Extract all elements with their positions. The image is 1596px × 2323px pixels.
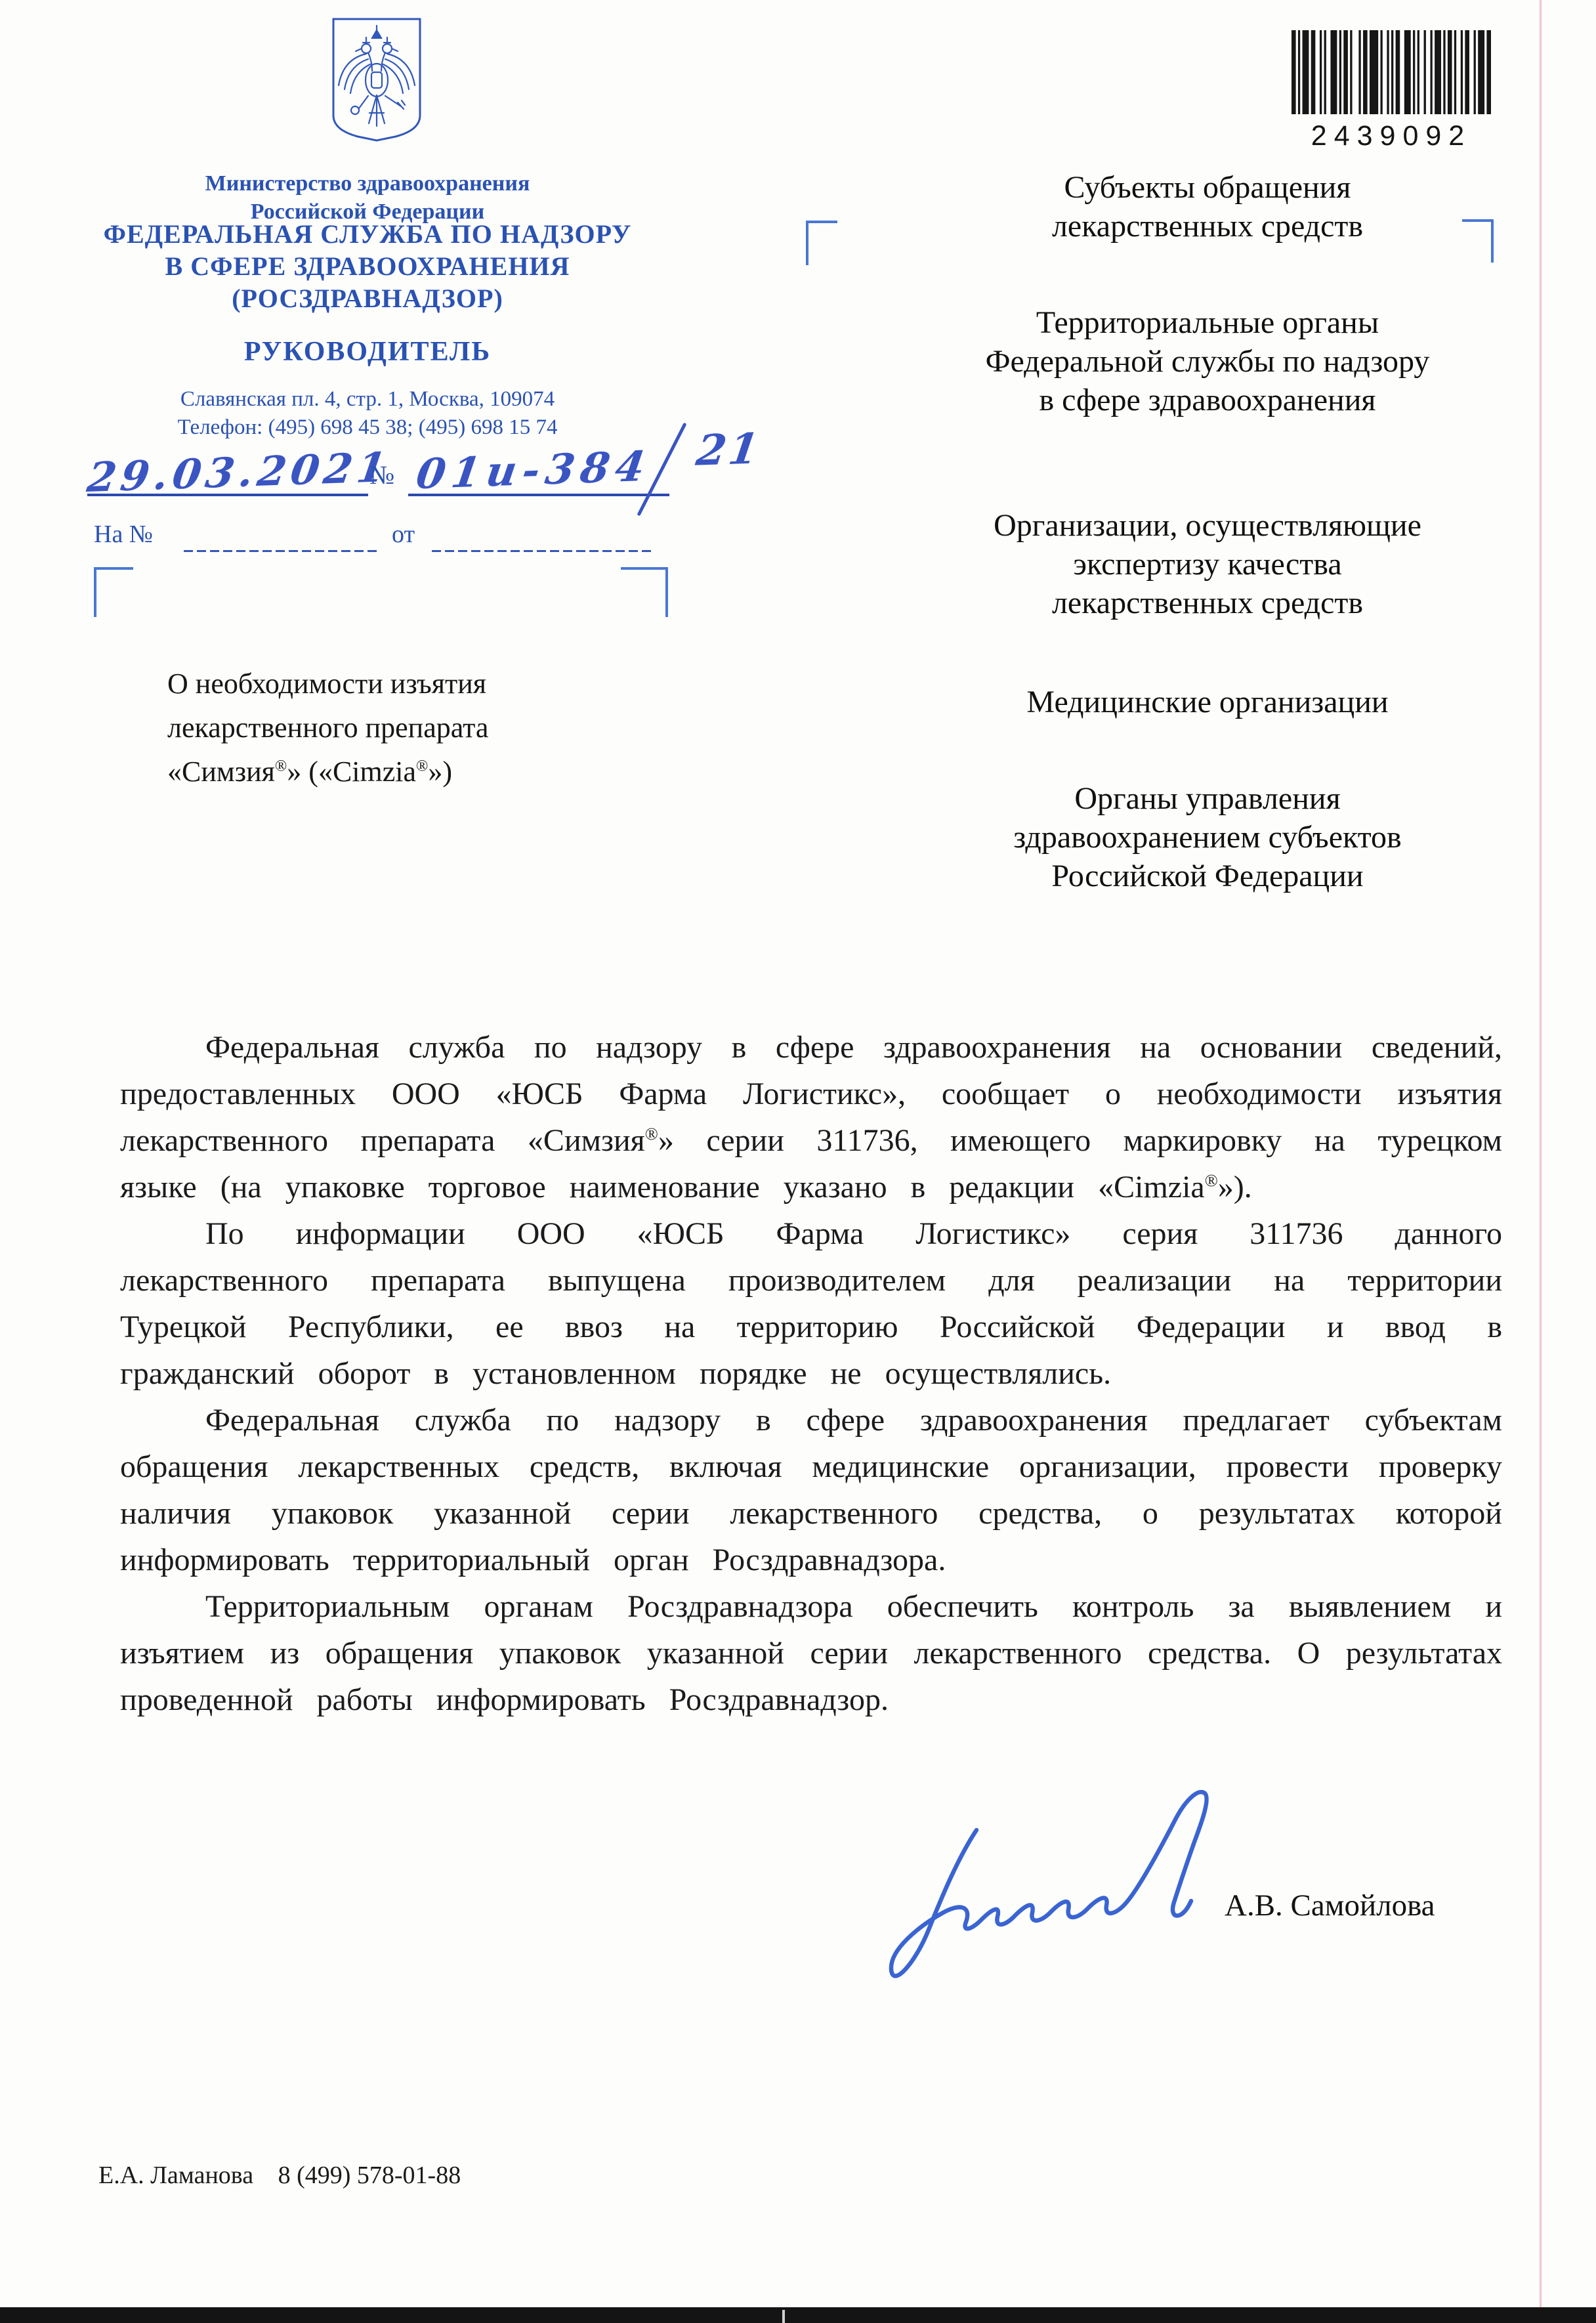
scan-bottom-band bbox=[0, 2307, 1596, 2323]
recipient-line: Территориальные органы bbox=[912, 303, 1503, 342]
barcode: 2439092 bbox=[1291, 30, 1491, 152]
recipient-line: лекарственных средств bbox=[912, 584, 1503, 622]
position-title: РУКОВОДИТЕЛЬ bbox=[98, 336, 637, 368]
subject-line: «Симзия®» («Cimzia®») bbox=[167, 750, 640, 794]
number-underline bbox=[408, 494, 669, 496]
subject-corner-mark-right bbox=[621, 567, 668, 617]
body-paragraph: По информации ООО «ЮСБ Фарма Логистикс» … bbox=[120, 1210, 1502, 1397]
scan-edge-line bbox=[1540, 0, 1542, 2308]
scan-band-notch bbox=[782, 2310, 785, 2323]
executor-line: Е.А. Ламанова 8 (499) 578-01-88 bbox=[98, 2161, 461, 2190]
recipient-line: в сфере здравоохранения bbox=[912, 381, 1503, 419]
recipient-line: Федеральной службы по надзору bbox=[912, 342, 1503, 381]
recipient-item: Территориальные органыФедеральной службы… bbox=[912, 303, 1503, 419]
recipient-line: Медицинские организации bbox=[912, 683, 1503, 721]
barcode-bars bbox=[1291, 30, 1491, 114]
recipient-line: Субъекты обращения bbox=[912, 168, 1503, 207]
recipient-line: экспертизу качества bbox=[912, 545, 1503, 584]
subject-lines: О необходимости изъятиялекарственного пр… bbox=[167, 662, 640, 794]
handwritten-date: 29.03.2021 bbox=[85, 443, 394, 501]
subject-line: лекарственного препарата bbox=[167, 706, 640, 750]
executor-phone: 8 (499) 578-01-88 bbox=[278, 2162, 461, 2189]
handwritten-number-year: 21 bbox=[693, 424, 764, 475]
barcode-number: 2439092 bbox=[1291, 120, 1491, 152]
body-paragraphs: Федеральная служба по надзору в сфере зд… bbox=[120, 1024, 1502, 1723]
addressee-corner-mark-left bbox=[806, 221, 837, 265]
reply-date-blank bbox=[432, 550, 654, 552]
service-line: (РОСЗДРАВНАДЗОР) bbox=[98, 282, 637, 314]
reply-date-label: от bbox=[392, 520, 415, 549]
executor-name: Е.А. Ламанова bbox=[98, 2162, 253, 2189]
body-paragraph: Федеральная служба по надзору в сфере зд… bbox=[120, 1024, 1502, 1210]
reply-number-blank bbox=[184, 550, 379, 552]
date-underline bbox=[87, 494, 368, 496]
recipient-item: Медицинские организации bbox=[912, 683, 1503, 721]
recipient-line: Организации, осуществляющие bbox=[912, 506, 1503, 545]
coat-of-arms-emblem bbox=[330, 16, 423, 142]
handwritten-number: 01и-384 bbox=[413, 442, 654, 498]
recipient-line: Российской Федерации bbox=[912, 857, 1503, 895]
body-paragraph: Территориальным органам Росздравнадзора … bbox=[120, 1583, 1502, 1723]
service-line: ФЕДЕРАЛЬНАЯ СЛУЖБА ПО НАДЗОРУ bbox=[98, 218, 637, 250]
service-name: ФЕДЕРАЛЬНАЯ СЛУЖБА ПО НАДЗОРУ В СФЕРЕ ЗД… bbox=[98, 218, 637, 314]
recipient-item: Организации, осуществляющиеэкспертизу ка… bbox=[912, 506, 1503, 622]
ministry-line: Министерство здравоохранения bbox=[98, 169, 637, 198]
subject-line: О необходимости изъятия bbox=[167, 662, 640, 706]
phone-line: Телефон: (495) 698 45 38; (495) 698 15 7… bbox=[98, 416, 637, 440]
recipient-item: Органы управленияздравоохранением субъек… bbox=[912, 779, 1503, 895]
signer-name: А.В. Самойлова bbox=[1225, 1888, 1435, 1923]
reply-number-label: На № bbox=[94, 520, 153, 549]
recipient-line: здравоохранением субъектов bbox=[912, 818, 1503, 857]
signature-stroke bbox=[879, 1772, 1247, 2002]
scanned-letter-page: Министерство здравоохранения Российской … bbox=[0, 0, 1596, 2323]
recipient-item: Субъекты обращениялекарственных средств bbox=[912, 168, 1503, 245]
recipients-list: Субъекты обращениялекарственных средствТ… bbox=[912, 168, 1503, 895]
address-line: Славянская пл. 4, стр. 1, Москва, 109074 bbox=[98, 387, 637, 412]
number-sign: № bbox=[369, 459, 394, 490]
body-paragraph: Федеральная служба по надзору в сфере зд… bbox=[120, 1397, 1502, 1583]
service-line: В СФЕРЕ ЗДРАВООХРАНЕНИЯ bbox=[98, 250, 637, 282]
recipient-line: Органы управления bbox=[912, 779, 1503, 818]
subject-corner-mark-left bbox=[94, 567, 133, 617]
recipient-line: лекарственных средств bbox=[912, 207, 1503, 245]
